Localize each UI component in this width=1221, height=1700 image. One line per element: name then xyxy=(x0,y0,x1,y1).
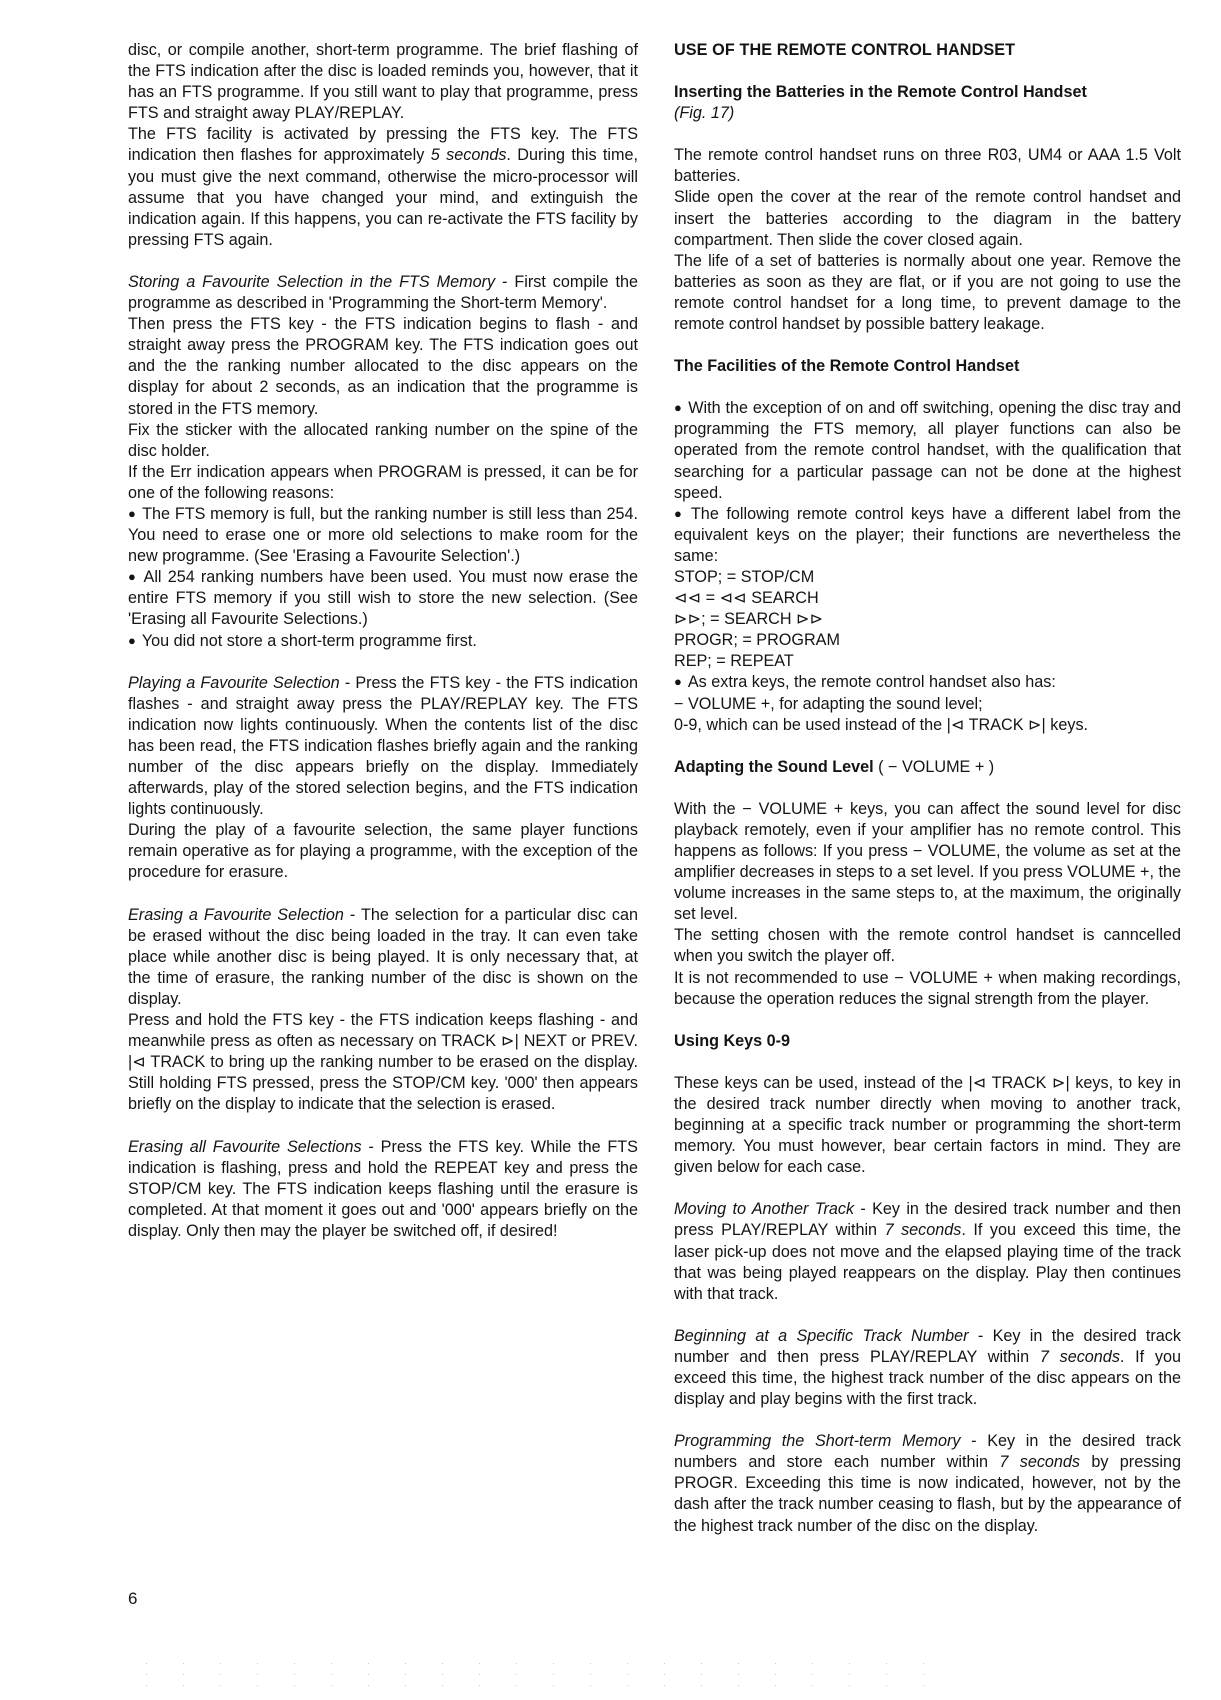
section-batteries: Inserting the Batteries in the Remote Co… xyxy=(674,82,1181,335)
erasing-paragraph: Press and hold the FTS key - the FTS ind… xyxy=(128,1010,638,1115)
bullet-item: The following remote control keys have a… xyxy=(674,504,1181,567)
storing-intro: Storing a Favourite Selection in the FTS… xyxy=(128,272,638,314)
section-playing-favourite: Playing a Favourite Selection - Press th… xyxy=(128,673,638,884)
batteries-paragraph: The life of a set of batteries is normal… xyxy=(674,251,1181,335)
batteries-heading: Inserting the Batteries in the Remote Co… xyxy=(674,82,1181,103)
key-equivalent: PROGR; = PROGRAM xyxy=(674,630,1181,651)
bullet-item: With the exception of on and off switchi… xyxy=(674,398,1181,503)
main-heading: USE OF THE REMOTE CONTROL HANDSET xyxy=(674,40,1181,61)
key-equivalent: ⊲⊲ = ⊲⊲ SEARCH xyxy=(674,588,1181,609)
programming-paragraph: Programming the Short-term Memory - Key … xyxy=(674,1431,1181,1536)
storing-paragraph: Then press the FTS key - the FTS indicat… xyxy=(128,314,638,419)
beginning-lead: Beginning at a Specific Track Number xyxy=(674,1327,969,1345)
section-facilities: The Facilities of the Remote Control Han… xyxy=(674,356,1181,736)
sound-paragraph: The setting chosen with the remote contr… xyxy=(674,925,1181,967)
section-erasing-all: Erasing all Favourite Selections - Press… xyxy=(128,1137,638,1242)
extra-key: − VOLUME +, for adapting the sound level… xyxy=(674,694,1181,715)
intro-paragraph-2: The FTS facility is activated by pressin… xyxy=(128,124,638,251)
programming-lead: Programming the Short-term Memory xyxy=(674,1432,961,1450)
erasing-all-paragraph: Erasing all Favourite Selections - Press… xyxy=(128,1137,638,1242)
sound-level-heading: Adapting the Sound Level ( − VOLUME + ) xyxy=(674,757,1181,778)
page-number: 6 xyxy=(128,1588,137,1609)
figure-reference: (Fig. 17) xyxy=(674,103,1181,124)
storing-paragraph: If the Err indication appears when PROGR… xyxy=(128,462,638,504)
erasing-intro: Erasing a Favourite Selection - The sele… xyxy=(128,905,638,1010)
batteries-paragraph: The remote control handset runs on three… xyxy=(674,145,1181,187)
sound-paragraph: It is not recommended to use − VOLUME + … xyxy=(674,968,1181,1010)
right-column: USE OF THE REMOTE CONTROL HANDSET Insert… xyxy=(674,40,1181,1537)
beginning-paragraph: Beginning at a Specific Track Number - K… xyxy=(674,1326,1181,1410)
key-equivalent: STOP; = STOP/CM xyxy=(674,567,1181,588)
playing-lead: Playing a Favourite Selection xyxy=(128,674,340,692)
erasing-lead: Erasing a Favourite Selection xyxy=(128,906,344,924)
scan-artifacts xyxy=(128,1658,928,1688)
left-column: disc, or compile another, short-term pro… xyxy=(128,40,638,1242)
intro-paragraph-1: disc, or compile another, short-term pro… xyxy=(128,40,638,124)
erasing-all-lead: Erasing all Favourite Selections xyxy=(128,1138,362,1156)
bullet-item: The FTS memory is full, but the ranking … xyxy=(128,504,638,567)
playing-paragraph: During the play of a favourite selection… xyxy=(128,820,638,883)
keys-paragraph: These keys can be used, instead of the |… xyxy=(674,1073,1181,1178)
bullet-item: As extra keys, the remote control handse… xyxy=(674,672,1181,693)
facilities-heading: The Facilities of the Remote Control Han… xyxy=(674,356,1181,377)
moving-paragraph: Moving to Another Track - Key in the des… xyxy=(674,1199,1181,1304)
moving-lead: Moving to Another Track xyxy=(674,1200,854,1218)
sound-paragraph: With the − VOLUME + keys, you can affect… xyxy=(674,799,1181,926)
section-keys-0-9: Using Keys 0-9 These keys can be used, i… xyxy=(674,1031,1181,1179)
keys-heading: Using Keys 0-9 xyxy=(674,1031,1181,1052)
key-equivalent: REP; = REPEAT xyxy=(674,651,1181,672)
storing-lead: Storing a Favourite Selection in the FTS… xyxy=(128,273,495,291)
section-storing-favourite: Storing a Favourite Selection in the FTS… xyxy=(128,272,638,652)
bullet-item: All 254 ranking numbers have been used. … xyxy=(128,567,638,630)
batteries-paragraph: Slide open the cover at the rear of the … xyxy=(674,187,1181,250)
extra-key: 0-9, which can be used instead of the |⊲… xyxy=(674,715,1181,736)
storing-paragraph: Fix the sticker with the allocated ranki… xyxy=(128,420,638,462)
key-equivalent: ⊳⊳; = SEARCH ⊳⊳ xyxy=(674,609,1181,630)
duration-emphasis: 5 seconds xyxy=(431,146,507,164)
section-erasing-favourite: Erasing a Favourite Selection - The sele… xyxy=(128,905,638,1116)
playing-intro: Playing a Favourite Selection - Press th… xyxy=(128,673,638,821)
bullet-item: You did not store a short-term programme… xyxy=(128,631,638,652)
section-sound-level: Adapting the Sound Level ( − VOLUME + ) … xyxy=(674,757,1181,1010)
